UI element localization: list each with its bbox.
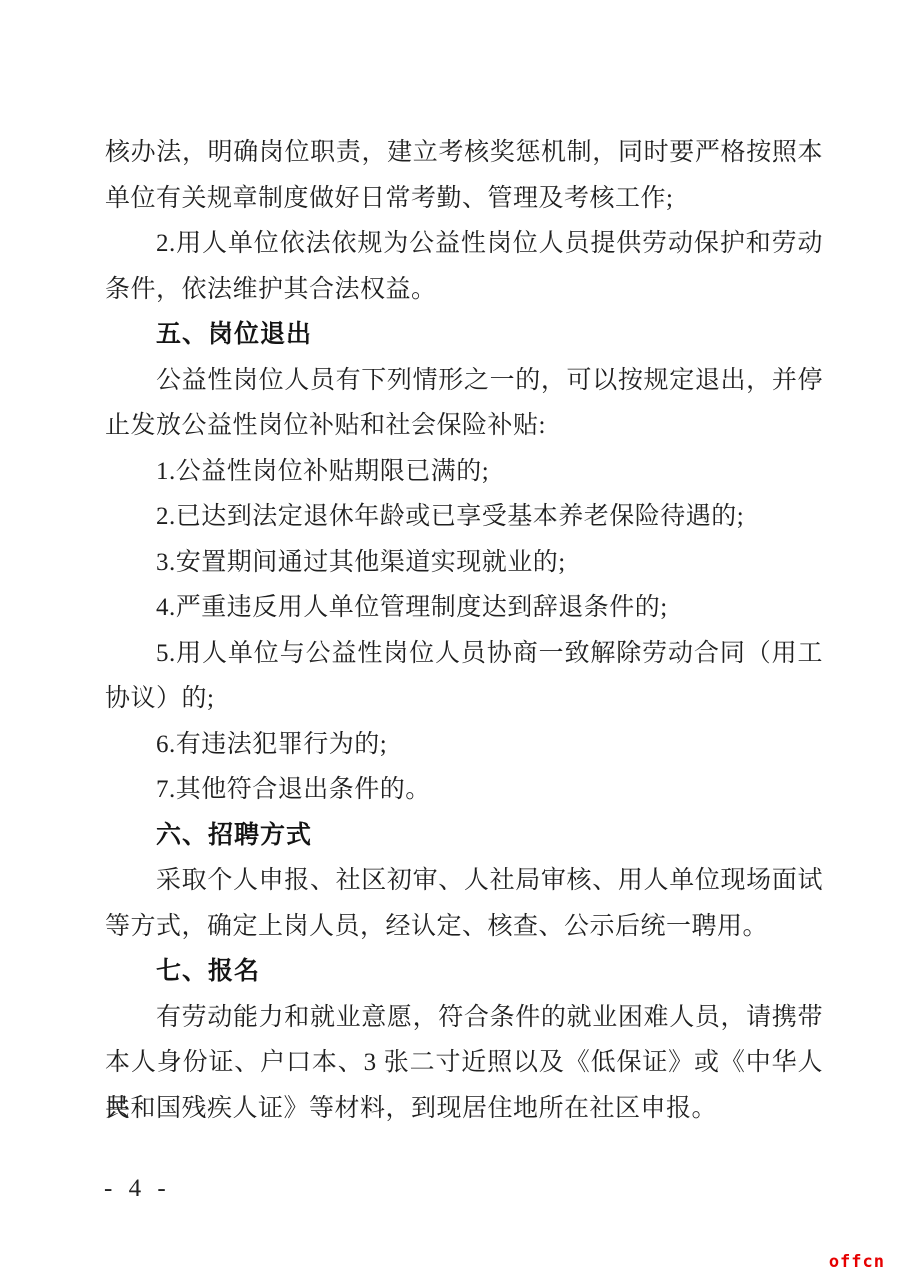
text-line: 核办法，明确岗位职责，建立考核奖惩机制，同时要严格按照本 [105, 130, 823, 176]
section-heading: 六、招聘方式 [105, 813, 823, 859]
text-line: 本人身份证、户口本、3 张二寸近照以及《低保证》或《中华人民 [105, 1040, 823, 1086]
text-line: 协议）的; [105, 676, 823, 722]
text-line: 公益性岗位人员有下列情形之一的，可以按规定退出，并停 [105, 358, 823, 404]
page-number: - 4 - [104, 1174, 171, 1204]
watermark: offcn [829, 1252, 885, 1272]
text-line: 条件，依法维护其合法权益。 [105, 267, 823, 313]
text-line: 等方式，确定上岗人员，经认定、核查、公示后统一聘用。 [105, 904, 823, 950]
section-heading: 七、报名 [105, 949, 823, 995]
text-line: 采取个人申报、社区初审、人社局审核、用人单位现场面试 [105, 858, 823, 904]
section-heading: 五、岗位退出 [105, 312, 823, 358]
text-line: 2.用人单位依法依规为公益性岗位人员提供劳动保护和劳动 [105, 221, 823, 267]
text-line: 共和国残疾人证》等材料，到现居住地所在社区申报。 [105, 1086, 823, 1132]
text-line: 5.用人单位与公益性岗位人员协商一致解除劳动合同（用工 [105, 631, 823, 677]
text-line: 3.安置期间通过其他渠道实现就业的; [105, 540, 823, 586]
text-line: 单位有关规章制度做好日常考勤、管理及考核工作; [105, 176, 823, 222]
document-page: 核办法，明确岗位职责，建立考核奖惩机制，同时要严格按照本单位有关规章制度做好日常… [0, 0, 904, 1279]
text-line: 4.严重违反用人单位管理制度达到辞退条件的; [105, 585, 823, 631]
text-line: 有劳动能力和就业意愿，符合条件的就业困难人员，请携带 [105, 995, 823, 1041]
text-line: 7.其他符合退出条件的。 [105, 767, 823, 813]
text-line: 6.有违法犯罪行为的; [105, 722, 823, 768]
text-line: 2.已达到法定退休年龄或已享受基本养老保险待遇的; [105, 494, 823, 540]
text-line: 止发放公益性岗位补贴和社会保险补贴: [105, 403, 823, 449]
text-line: 1.公益性岗位补贴期限已满的; [105, 449, 823, 495]
document-body: 核办法，明确岗位职责，建立考核奖惩机制，同时要严格按照本单位有关规章制度做好日常… [105, 130, 823, 1131]
